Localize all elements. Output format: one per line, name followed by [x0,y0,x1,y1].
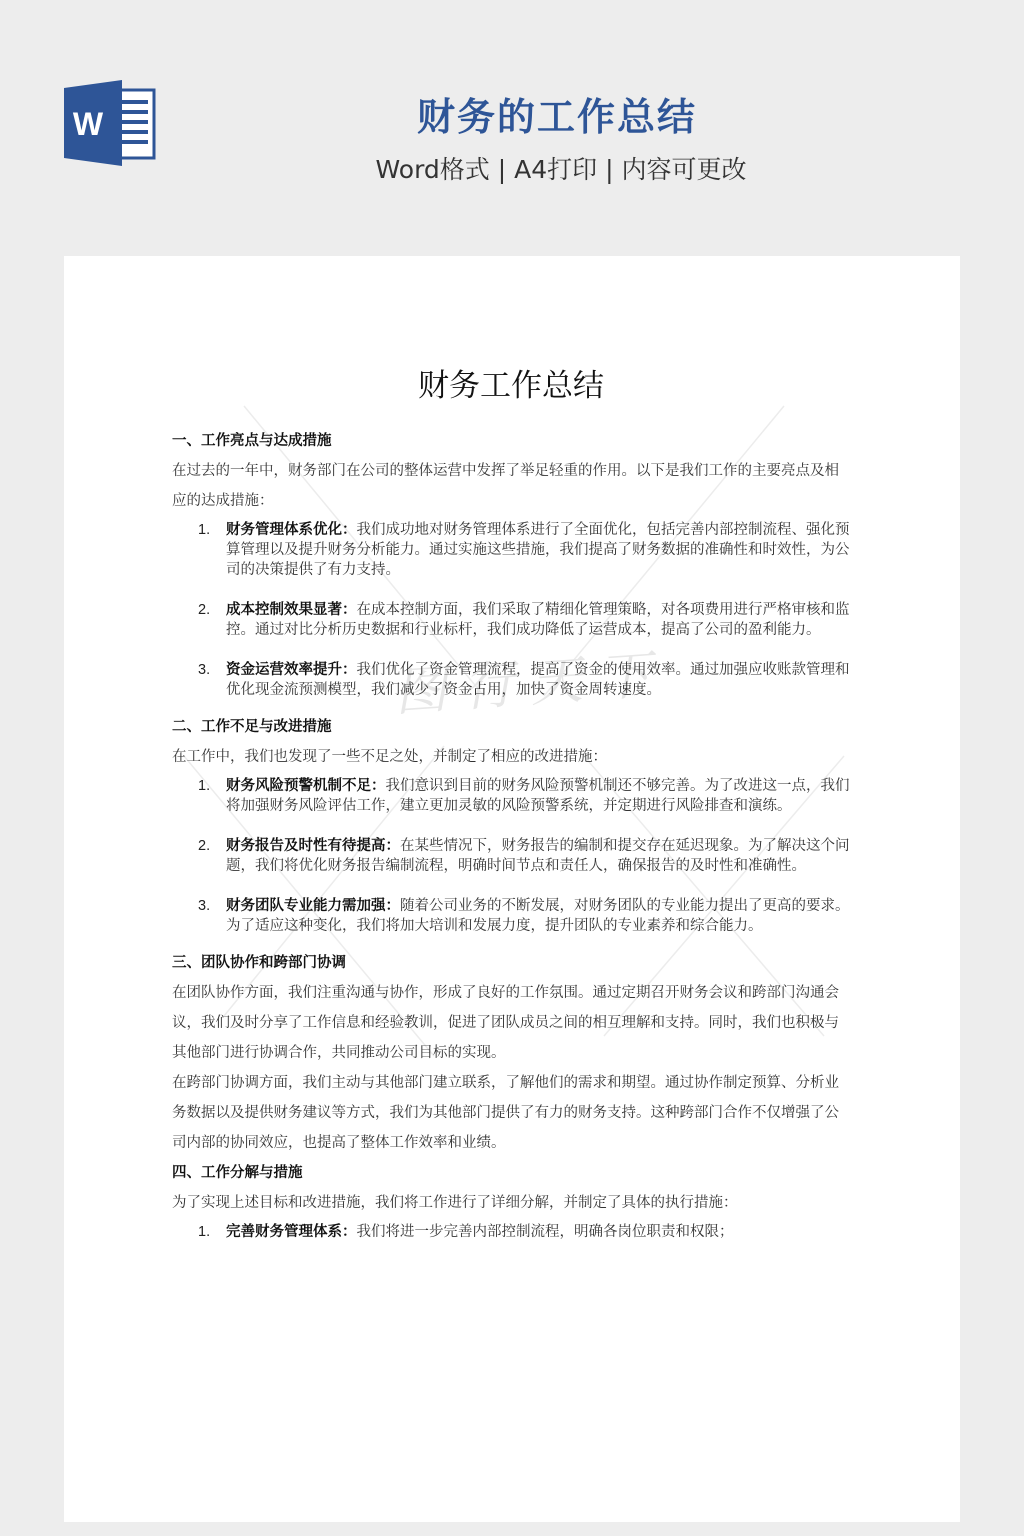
list-item: 1. 完善财务管理体系：我们将进一步完善内部控制流程，明确各岗位职责和权限； [172,1222,852,1242]
document-page: 图行天下 财务工作总结 一、工作亮点与达成措施 在过去的一年中，财务部门在公司的… [64,256,960,1522]
section-intro: 在工作中，我们也发现了一些不足之处，并制定了相应的改进措施： [172,742,852,772]
item-text: 我们将进一步完善内部控制流程，明确各岗位职责和权限； [357,1224,734,1240]
section-heading: 一、工作亮点与达成措施 [172,426,852,456]
section-heading: 二、工作不足与改进措施 [172,712,852,742]
list-item: 3. 资金运营效率提升：我们优化了资金管理流程，提高了资金的使用效率。通过加强应… [172,660,852,700]
banner-subtitle: Word格式 | A4打印 | 内容可更改 [0,152,1024,188]
item-label: 财务管理体系优化： [226,522,357,538]
item-label: 财务团队专业能力需加强： [226,898,400,914]
list-item: 2. 成本控制效果显著：在成本控制方面，我们采取了精细化管理策略，对各项费用进行… [172,600,852,640]
numbered-list: 1. 财务管理体系优化：我们成功地对财务管理体系进行了全面优化，包括完善内部控制… [172,520,852,700]
list-item: 2. 财务报告及时性有待提高：在某些情况下，财务报告的编制和提交存在延迟现象。为… [172,836,852,876]
section-intro: 在过去的一年中，财务部门在公司的整体运营中发挥了举足轻重的作用。以下是我们工作的… [172,456,852,516]
list-item: 1. 财务管理体系优化：我们成功地对财务管理体系进行了全面优化，包括完善内部控制… [172,520,852,580]
paragraph: 在团队协作方面，我们注重沟通与协作，形成了良好的工作氛围。通过定期召开财务会议和… [172,978,852,1068]
numbered-list: 1. 完善财务管理体系：我们将进一步完善内部控制流程，明确各岗位职责和权限； [172,1222,852,1242]
item-label: 财务风险预警机制不足： [226,778,386,794]
section-heading: 四、工作分解与措施 [172,1158,852,1188]
item-label: 资金运营效率提升： [226,662,357,678]
list-item: 3. 财务团队专业能力需加强：随着公司业务的不断发展，对财务团队的专业能力提出了… [172,896,852,936]
item-label: 财务报告及时性有待提高： [226,838,400,854]
section-intro: 为了实现上述目标和改进措施，我们将工作进行了详细分解，并制定了具体的执行措施： [172,1188,852,1218]
section-heading: 三、团队协作和跨部门协调 [172,948,852,978]
document-title: 财务工作总结 [172,356,852,416]
document-body: 财务工作总结 一、工作亮点与达成措施 在过去的一年中，财务部门在公司的整体运营中… [172,356,852,1262]
banner: W 财务的工作总结 Word格式 | A4打印 | 内容可更改 [0,0,1024,256]
list-item: 1. 财务风险预警机制不足：我们意识到目前的财务风险预警机制还不够完善。为了改进… [172,776,852,816]
item-label: 完善财务管理体系： [226,1224,357,1240]
banner-title: 财务的工作总结 [0,92,1024,142]
paragraph: 在跨部门协调方面，我们主动与其他部门建立联系，了解他们的需求和期望。通过协作制定… [172,1068,852,1158]
numbered-list: 1. 财务风险预警机制不足：我们意识到目前的财务风险预警机制还不够完善。为了改进… [172,776,852,936]
item-label: 成本控制效果显著： [226,602,357,618]
